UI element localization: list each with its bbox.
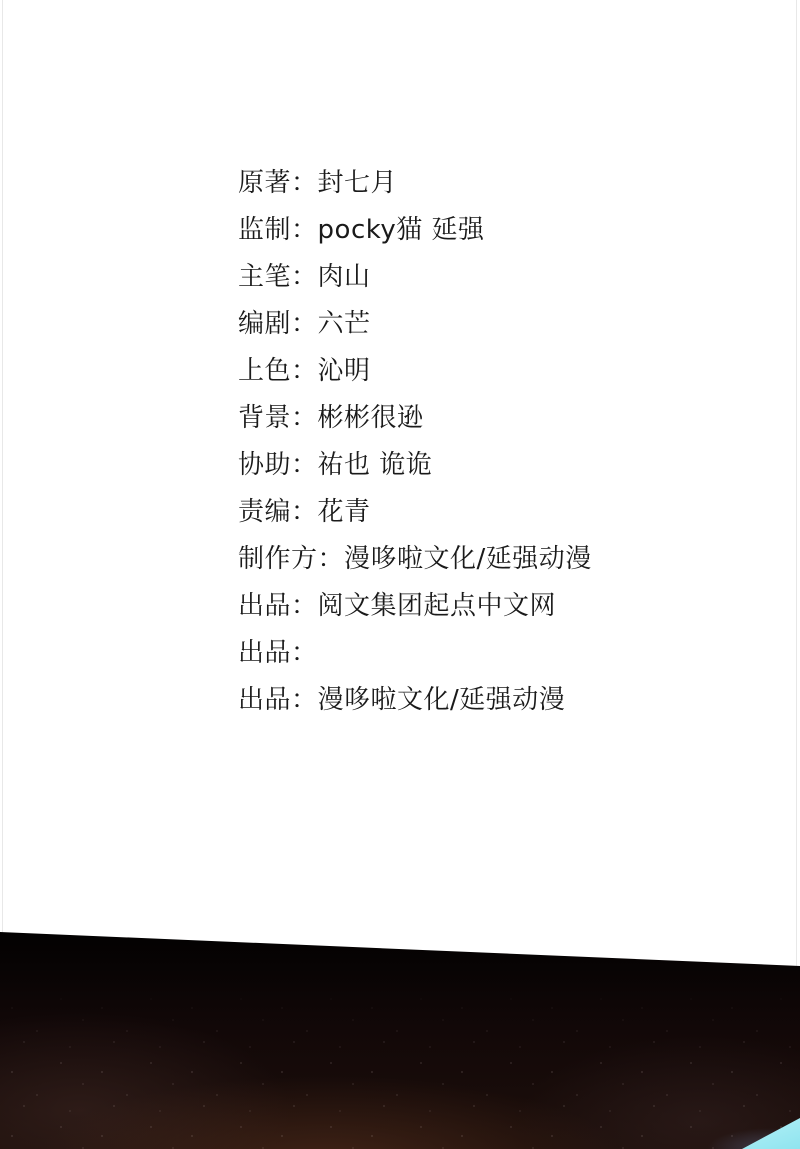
credit-supervisor: 监制：pocky猫 延强 bbox=[238, 210, 592, 257]
credit-assistants: 协助：祐也 诡诡 bbox=[238, 445, 592, 492]
credit-separator: ： bbox=[291, 685, 318, 715]
credit-value: pocky猫 延强 bbox=[318, 215, 485, 245]
credit-separator: ： bbox=[291, 403, 318, 433]
credit-value: 彬彬很逊 bbox=[318, 403, 424, 433]
credit-value: 沁明 bbox=[318, 356, 371, 386]
credit-publisher-2: 出品： bbox=[238, 633, 592, 680]
credit-separator: ： bbox=[291, 356, 318, 386]
credits-list: 原著：封七月 监制：pocky猫 延强 主笔：肉山 编剧：六芒 上色：沁明 背景… bbox=[238, 163, 592, 727]
credit-lead-artist: 主笔：肉山 bbox=[238, 257, 592, 304]
credit-colorist: 上色：沁明 bbox=[238, 351, 592, 398]
credit-value: 肉山 bbox=[318, 262, 371, 292]
credit-value: 封七月 bbox=[318, 168, 398, 198]
credit-value: 漫哆啦文化/延强动漫 bbox=[318, 685, 566, 715]
credit-value: 漫哆啦文化/延强动漫 bbox=[344, 544, 592, 574]
credit-separator: ： bbox=[291, 262, 318, 292]
credit-separator: ： bbox=[291, 638, 318, 668]
comic-credits-page: 原著：封七月 监制：pocky猫 延强 主笔：肉山 编剧：六芒 上色：沁明 背景… bbox=[0, 0, 800, 1149]
credit-role: 背景 bbox=[238, 403, 291, 433]
credit-role: 上色 bbox=[238, 356, 291, 386]
credit-publisher-1: 出品：阅文集团起点中文网 bbox=[238, 586, 592, 633]
credit-separator: ： bbox=[291, 309, 318, 339]
credit-role: 协助 bbox=[238, 450, 291, 480]
credit-role: 监制 bbox=[238, 215, 291, 245]
credit-separator: ： bbox=[291, 497, 318, 527]
credit-value: 阅文集团起点中文网 bbox=[318, 591, 557, 621]
credit-editor: 责编：花青 bbox=[238, 492, 592, 539]
credit-value: 花青 bbox=[318, 497, 371, 527]
credit-producer: 制作方：漫哆啦文化/延强动漫 bbox=[238, 539, 592, 586]
credit-role: 出品 bbox=[238, 685, 291, 715]
credit-background: 背景：彬彬很逊 bbox=[238, 398, 592, 445]
credit-role: 出品 bbox=[238, 638, 291, 668]
credit-role: 编剧 bbox=[238, 309, 291, 339]
credit-separator: ： bbox=[318, 544, 345, 574]
credit-screenwriter: 编剧：六芒 bbox=[238, 304, 592, 351]
credit-separator: ： bbox=[291, 215, 318, 245]
credit-role: 责编 bbox=[238, 497, 291, 527]
credit-original-author: 原著：封七月 bbox=[238, 163, 592, 210]
credit-value: 六芒 bbox=[318, 309, 371, 339]
credit-separator: ： bbox=[291, 591, 318, 621]
credit-publisher-3: 出品：漫哆啦文化/延强动漫 bbox=[238, 680, 592, 727]
credit-value: 祐也 诡诡 bbox=[318, 450, 433, 480]
credit-separator: ： bbox=[291, 450, 318, 480]
credit-role: 主笔 bbox=[238, 262, 291, 292]
credit-separator: ： bbox=[291, 168, 318, 198]
credit-role: 原著 bbox=[238, 168, 291, 198]
credit-role: 制作方 bbox=[238, 544, 318, 574]
credit-role: 出品 bbox=[238, 591, 291, 621]
